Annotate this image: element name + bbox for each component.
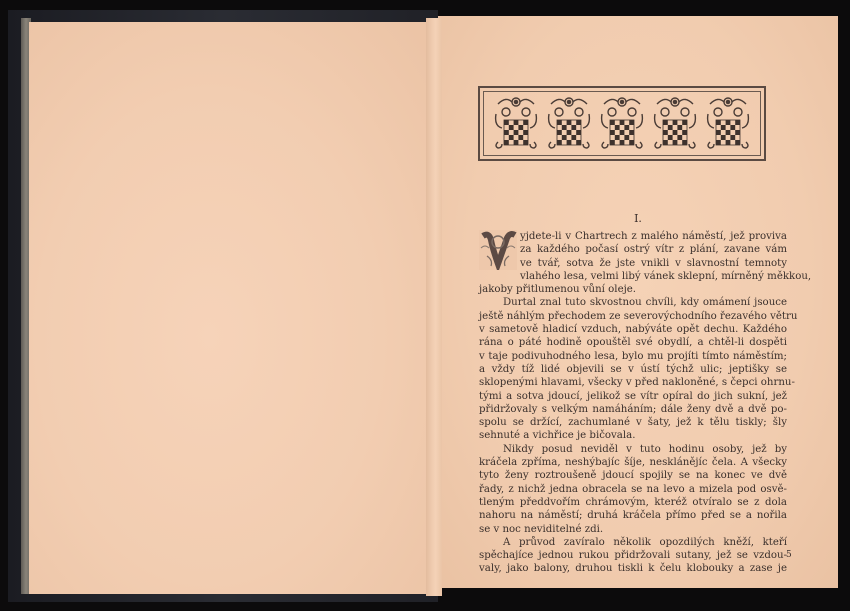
- ornament-unit-icon: [651, 94, 699, 154]
- headpiece-ornament: [478, 86, 766, 161]
- text-line: ještě náhlým přechodem ze severovýchodní…: [479, 310, 787, 323]
- text-line: v sametově hladicí vzduch, nabýváte opět…: [479, 323, 787, 336]
- paragraph: Durtal znal tuto skvostnou chvíli, kdy o…: [479, 296, 787, 442]
- drop-cap-ornament-icon: V: [479, 230, 517, 270]
- text-line: kráčela zpříma, neshýbajíc šíje, nesklán…: [479, 456, 787, 469]
- chapter-text: V yjdete-li v Chartrech z malého náměstí…: [479, 230, 787, 576]
- text-line: Nikdy posud neviděl v tuto hodinu osoby,…: [479, 443, 787, 456]
- text-line: A průvod zavíralo několik opozdilých kně…: [479, 536, 787, 549]
- ornament-unit-icon: [704, 94, 752, 154]
- text-line: sklopenými hlavami, všecky v před naklon…: [479, 376, 787, 389]
- text-line: vlahého lesa, velmi libý vánek sklepní, …: [479, 270, 787, 283]
- ornament-unit-icon: [545, 94, 593, 154]
- text-line: Durtal znal tuto skvostnou chvíli, kdy o…: [479, 296, 787, 309]
- text-line: rána o páté hodině opouštěl své obydlí, …: [479, 336, 787, 349]
- text-line: tými a sotva jdoucí, jelikož se vítr opí…: [479, 390, 787, 403]
- left-page-blank: [29, 22, 431, 594]
- text-line: řady, z nichž jedna obracela se na levo …: [479, 483, 787, 496]
- paragraph: yjdete-li v Chartrech z malého náměstí, …: [479, 230, 787, 296]
- page-number: 5: [786, 550, 792, 560]
- text-line: sehnuté a vichřice je bičovala.: [479, 429, 787, 442]
- text-line: spěchajíce jednou rukou přidržovali suta…: [479, 549, 787, 562]
- text-line: tyto ženy roztroušeně jdoucí spojily se …: [479, 469, 787, 482]
- text-line: tleným předdvořím chrámovým, kteréž otví…: [479, 496, 787, 509]
- text-line: nahoru na náměstí; druhá kráčela přímo p…: [479, 509, 787, 522]
- text-line: yjdete-li v Chartrech z malého náměstí, …: [479, 230, 787, 243]
- paragraph: Nikdy posud neviděl v tuto hodinu osoby,…: [479, 443, 787, 536]
- chapter-number: I.: [438, 212, 838, 225]
- ornament-unit-icon: [492, 94, 540, 154]
- text-line: v taje podivuhodného lesa, bylo mu projí…: [479, 350, 787, 363]
- text-line: spolu se držící, zachumlané v šaty, jež …: [479, 416, 787, 429]
- book-gutter: [426, 18, 442, 596]
- text-line: valy, jako balony, druhou tiskli k čelu …: [479, 562, 787, 575]
- text-line: za každého počasí ostrý vítr z plání, za…: [479, 243, 787, 256]
- ornament-unit-icon: [598, 94, 646, 154]
- text-line: se v noc neviditelné zdi.: [479, 523, 787, 536]
- text-line: ve tvář, sotva že jste vnikli v slavnost…: [479, 257, 787, 270]
- paragraph: A průvod zavíralo několik opozdilých kně…: [479, 536, 787, 576]
- text-line: a vždy tíž lidé objevili se v ústí týchž…: [479, 363, 787, 376]
- text-line: přidržovaly s velkým namáháním; dále žen…: [479, 403, 787, 416]
- text-line: jakoby přitlumenou vůní oleje.: [479, 283, 787, 296]
